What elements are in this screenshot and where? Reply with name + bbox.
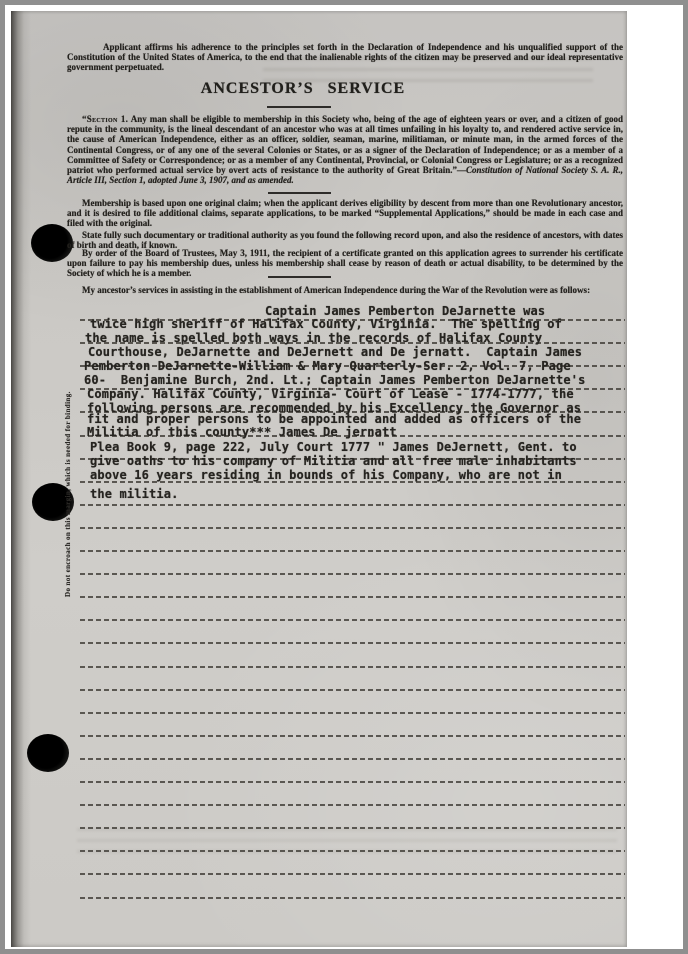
ruled-line (80, 573, 625, 575)
typed-line: twice high sheriff of Halifax County, Vi… (90, 318, 562, 331)
ruled-line (80, 712, 625, 714)
typed-line: Militia of this county*** James De jerna… (87, 426, 397, 439)
ruled-line (80, 689, 625, 691)
ruled-line (80, 527, 625, 529)
ink-bleed-through (77, 828, 617, 853)
ruled-line (80, 596, 625, 598)
section1-label: “Section 1. (82, 114, 128, 124)
ruled-line (80, 897, 625, 899)
board-order-paragraph: By order of the Board of Trustees, May 3… (67, 248, 623, 279)
section1-paragraph: “Section 1. Any man shall be eligible to… (67, 114, 623, 185)
ruled-line (80, 850, 625, 852)
binding-edge-shadow (11, 11, 31, 947)
ruled-line (80, 804, 625, 806)
typed-line: the militia. (90, 488, 179, 501)
typed-line: Courthouse, DeJarnette and DeJernett and… (88, 346, 582, 359)
divider-rule (268, 276, 331, 278)
ancestor-service-prompt: My ancestor’s services in assisting in t… (67, 285, 623, 295)
ruled-line (80, 827, 625, 829)
typed-line: above 16 years residing in bounds of his… (90, 469, 562, 482)
divider-rule (267, 106, 331, 108)
punch-hole (27, 734, 69, 772)
typed-line: the name is spelled both ways in the rec… (85, 332, 542, 345)
binding-margin-note: Do not encroach on this margin, which is… (64, 335, 80, 597)
ruled-line (80, 642, 625, 644)
typed-line: 60- Benjamine Burch, 2nd. Lt.; Captain J… (84, 374, 585, 387)
ruled-line (80, 504, 625, 506)
ruled-line (80, 666, 625, 668)
scanned-form-screenshot: Applicant affirms his adherence to the p… (0, 0, 688, 954)
typed-line: Pemberton DeJarnette-William & Mary Quar… (84, 360, 571, 373)
page-title: ANCESTOR’S SERVICE (11, 80, 595, 98)
affirmation-paragraph: Applicant affirms his adherence to the p… (67, 42, 623, 73)
ruled-line (80, 758, 625, 760)
ruled-line (80, 550, 625, 552)
ruled-line (80, 735, 625, 737)
typed-line: give oaths to his company of Militia and… (90, 455, 577, 468)
ruled-line (80, 781, 625, 783)
typed-line: Company. Halifax County, Virginia- Court… (87, 388, 574, 401)
membership-paragraph: Membership is based upon one original cl… (67, 198, 623, 229)
divider-rule (268, 192, 331, 194)
ruled-line (80, 619, 625, 621)
ruled-line (80, 873, 625, 875)
typed-line: Plea Book 9, page 222, July Court 1777 "… (90, 441, 577, 454)
scanned-document-page: Applicant affirms his adherence to the p… (11, 11, 627, 947)
